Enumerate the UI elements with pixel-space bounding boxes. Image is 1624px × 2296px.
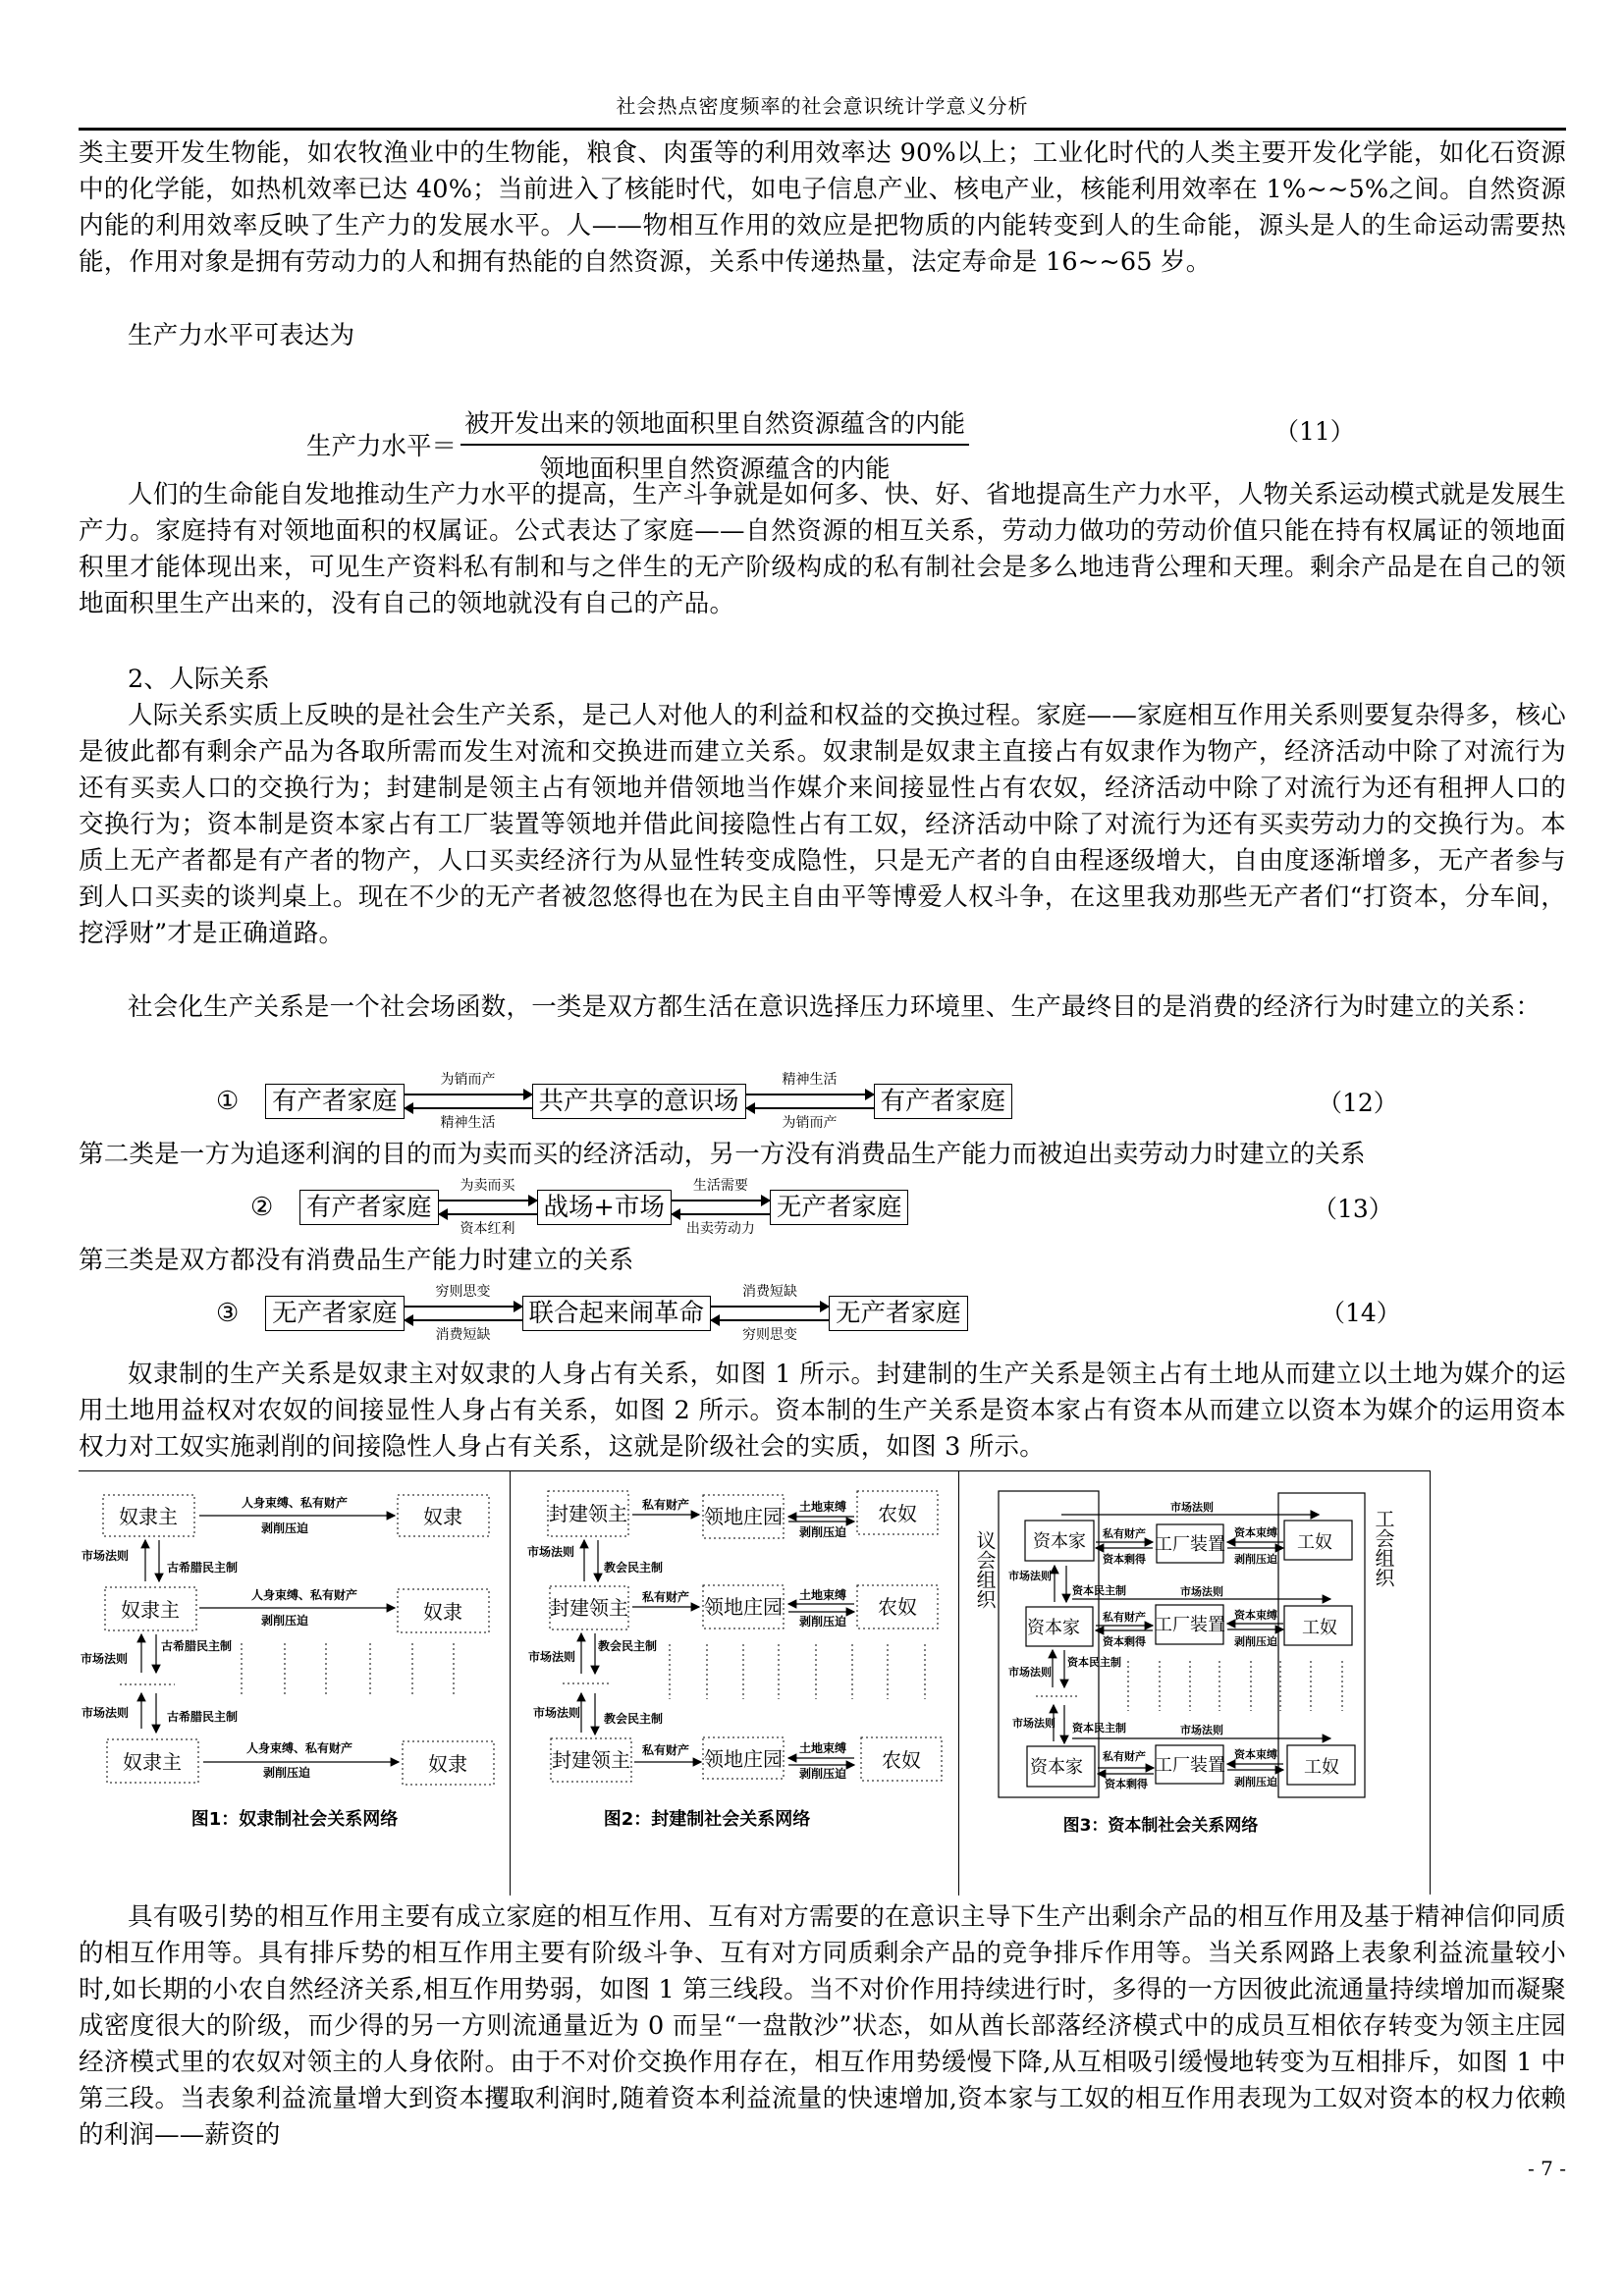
flow-node-left: 无产者家庭 [265, 1296, 405, 1331]
svg-text:工奴: 工奴 [1297, 1532, 1332, 1553]
right-arrow-icon [405, 1088, 532, 1101]
svg-text:古希腊民主制: 古希腊民主制 [167, 1709, 238, 1724]
figure-3-capitalism: 资本家工厂装置工奴 资本家工厂装置工奴 资本家工厂装置工奴 市场法则 市场法则 … [959, 1471, 1431, 1896]
relation-flow-13: ② 有产者家庭 为卖而买 资本红利 战场+市场 生活需要 出卖劳动力 无产者家庭 [250, 1178, 908, 1237]
arrow-label-bottom: 精神生活 [441, 1115, 496, 1131]
svg-text:土地束缚: 土地束缚 [799, 1499, 846, 1514]
flow-arrows-1: 为卖而买 资本红利 [439, 1178, 537, 1237]
svg-text:奴隶: 奴隶 [423, 1600, 462, 1624]
left-arrow-icon [746, 1101, 874, 1115]
svg-text:市场法则: 市场法则 [1180, 1584, 1223, 1598]
svg-text:市场法则: 市场法则 [81, 1548, 129, 1563]
svg-text:奴隶主: 奴隶主 [123, 1750, 182, 1774]
svg-text:古希腊民主制: 古希腊民主制 [161, 1638, 232, 1653]
formula-numerator: 被开发出来的领地面积里自然资源蕴含的内能 [460, 404, 969, 446]
flow-node-middle: 共产共享的意识场 [532, 1084, 746, 1119]
arrow-label-top: 为卖而买 [460, 1178, 515, 1194]
svg-text:古希腊民主制: 古希腊民主制 [167, 1560, 238, 1575]
svg-text:资本家: 资本家 [1030, 1757, 1083, 1778]
svg-text:市场法则: 市场法则 [527, 1544, 574, 1559]
svg-text:奴隶主: 奴隶主 [119, 1505, 178, 1528]
figure-2-feudalism: 封建领主领地庄园农奴 封建领主领地庄园农奴 封建领主领地庄园农奴 私有财产土地束… [511, 1471, 959, 1896]
arrow-label-bottom: 消费短缺 [436, 1327, 491, 1343]
equation-number-11: （11） [1274, 412, 1355, 448]
left-arrow-icon [405, 1313, 522, 1327]
svg-text:私有财产: 私有财产 [1103, 1610, 1146, 1624]
right-arrow-icon [711, 1300, 829, 1313]
paragraph-social-field: 社会化生产关系是一个社会场函数，一类是双方都生活在意识选择压力环境里、生产最终目… [79, 989, 1566, 1026]
equation-number-12: （12） [1318, 1084, 1398, 1119]
equation-number-14: （14） [1321, 1294, 1401, 1329]
paragraph-attraction-repulsion: 具有吸引势的相互作用主要有成立家庭的相互作用、互有对方需要的在意识主导下生产出剩… [79, 1899, 1566, 2154]
svg-text:人身束缚、私有财产: 人身束缚、私有财产 [251, 1587, 357, 1602]
svg-text:市场法则: 市场法则 [81, 1705, 129, 1720]
svg-text:资本民主制: 资本民主制 [1072, 1583, 1126, 1597]
flow-arrows-1: 为销而产 精神生活 [405, 1072, 532, 1131]
svg-text:资本民主制: 资本民主制 [1072, 1721, 1126, 1735]
svg-text:资本家: 资本家 [1033, 1531, 1086, 1552]
paragraph-energy: 类主要开发生物能，如农牧渔业中的生物能，粮食、肉蛋等的利用效率达 90%以上；工… [79, 135, 1566, 281]
svg-text:剥削压迫: 剥削压迫 [261, 1613, 308, 1628]
header-rule [79, 128, 1566, 131]
svg-text:剥削压迫: 剥削压迫 [799, 1766, 846, 1781]
flow-arrows-2: 精神生活 为销而产 [746, 1072, 874, 1131]
svg-text:私有财产: 私有财产 [642, 1589, 689, 1604]
section-heading-relations: 2、人际关系 [128, 662, 270, 698]
flow-marker: ③ [216, 1299, 265, 1328]
page-number: - 7 - [1528, 2157, 1566, 2180]
arrow-label-bottom: 为销而产 [783, 1115, 838, 1131]
arrow-label-bottom: 出卖劳动力 [686, 1221, 755, 1237]
svg-text:剥削压迫: 剥削压迫 [799, 1524, 846, 1539]
flow-node-left: 有产者家庭 [265, 1084, 405, 1119]
figure-3-caption: 图3：资本制社会关系网络 [1063, 1815, 1259, 1836]
svg-text:剥削压迫: 剥削压迫 [799, 1614, 846, 1629]
svg-text:市场法则: 市场法则 [1180, 1723, 1223, 1736]
running-title: 社会热点密度频率的社会意识统计学意义分析 [79, 94, 1566, 118]
flow-arrows-2: 消费短缺 穷则思变 [711, 1284, 829, 1343]
right-arrow-icon [439, 1194, 537, 1207]
svg-text:领地庄园: 领地庄园 [704, 1505, 783, 1528]
flow-node-right: 无产者家庭 [829, 1296, 968, 1331]
arrow-label-bottom: 资本红利 [460, 1221, 515, 1237]
svg-text:私有财产: 私有财产 [642, 1497, 689, 1512]
flow-node-right: 有产者家庭 [874, 1084, 1013, 1119]
arrow-label-top: 穷则思变 [436, 1284, 491, 1300]
arrow-label-top: 为销而产 [441, 1072, 496, 1088]
paragraph-formula-intro: 生产力水平可表达为 [128, 318, 354, 354]
svg-text:农奴: 农奴 [878, 1595, 917, 1619]
svg-text:农奴: 农奴 [882, 1748, 921, 1772]
flow-marker: ① [216, 1087, 265, 1116]
svg-text:私有财产: 私有财产 [1103, 1749, 1146, 1763]
svg-text:资本剩得: 资本剩得 [1103, 1634, 1146, 1648]
svg-text:私有财产: 私有财产 [642, 1742, 689, 1757]
svg-text:教会民主制: 教会民主制 [603, 1560, 663, 1575]
svg-text:市场法则: 市场法则 [533, 1705, 580, 1720]
flow-marker: ② [250, 1193, 299, 1222]
figure-1-caption: 图1：奴隶制社会关系网络 [191, 1808, 399, 1830]
relation-flow-12: ① 有产者家庭 为销而产 精神生活 共产共享的意识场 精神生活 为销而产 有产者… [216, 1072, 1012, 1131]
svg-text:土地束缚: 土地束缚 [799, 1740, 846, 1755]
svg-text:市场法则: 市场法则 [1012, 1716, 1056, 1730]
svg-text:人身束缚、私有财产: 人身束缚、私有财产 [246, 1740, 352, 1755]
svg-text:资本束缚: 资本束缚 [1234, 1747, 1277, 1761]
svg-text:工厂装置: 工厂装置 [1155, 1534, 1225, 1555]
svg-text:资本束缚: 资本束缚 [1234, 1525, 1277, 1539]
svg-text:资本剩得: 资本剩得 [1103, 1552, 1146, 1566]
svg-text:资本束缚: 资本束缚 [1234, 1608, 1277, 1622]
relation-flow-14: ③ 无产者家庭 穷则思变 消费短缺 联合起来闹革命 消费短缺 穷则思变 无产者家… [216, 1284, 968, 1343]
equation-number-13: （13） [1313, 1190, 1393, 1225]
svg-text:人身束缚、私有财产: 人身束缚、私有财产 [242, 1495, 348, 1510]
figure-1-slavery: 奴隶主奴隶 奴隶主奴隶 奴隶主奴隶 人身束缚、私有财产剥削压迫 人身束缚、私有财… [79, 1471, 511, 1896]
left-arrow-icon [672, 1207, 770, 1221]
svg-text:市场法则: 市场法则 [1170, 1500, 1214, 1514]
svg-text:工厂装置: 工厂装置 [1155, 1755, 1225, 1776]
flow-node-middle: 战场+市场 [537, 1190, 672, 1225]
arrow-label-top: 消费短缺 [742, 1284, 797, 1300]
svg-text:农奴: 农奴 [878, 1502, 917, 1525]
svg-text:领地庄园: 领地庄园 [704, 1747, 783, 1771]
svg-text:剥削压迫: 剥削压迫 [1234, 1775, 1277, 1789]
formula-productivity: 生产力水平＝ 被开发出来的领地面积里自然资源蕴含的内能 领地面积里自然资源蕴含的… [306, 404, 969, 485]
svg-text:资本剩得: 资本剩得 [1105, 1777, 1148, 1790]
formula-fraction: 被开发出来的领地面积里自然资源蕴含的内能 领地面积里自然资源蕴含的内能 [460, 404, 969, 485]
paragraph-interpersonal: 人际关系实质上反映的是社会生产关系，是己人对他人的利益和权益的交换过程。家庭——… [79, 698, 1566, 952]
svg-text:工厂装置: 工厂装置 [1155, 1615, 1225, 1635]
arrow-label-top: 生活需要 [693, 1178, 748, 1194]
svg-text:剥削压迫: 剥削压迫 [263, 1765, 310, 1780]
flow-node-middle: 联合起来闹革命 [522, 1296, 712, 1331]
figure-panel: 奴隶主奴隶 奴隶主奴隶 奴隶主奴隶 人身束缚、私有财产剥削压迫 人身束缚、私有财… [79, 1470, 1431, 1895]
left-arrow-icon [439, 1207, 537, 1221]
paragraph-type-three: 第三类是双方都没有消费品生产能力时建立的关系 [79, 1243, 1566, 1279]
right-arrow-icon [746, 1088, 874, 1101]
svg-text:奴隶主: 奴隶主 [121, 1598, 180, 1622]
svg-text:市场法则: 市场法则 [81, 1651, 128, 1666]
right-arrow-icon [672, 1194, 770, 1207]
flow-node-left: 有产者家庭 [299, 1190, 439, 1225]
svg-text:工奴: 工奴 [1304, 1757, 1339, 1778]
parliament-group-label: 议会组织 [973, 1530, 997, 1610]
svg-text:剥削压迫: 剥削压迫 [1234, 1552, 1277, 1566]
right-arrow-icon [405, 1300, 522, 1313]
arrow-label-bottom: 穷则思变 [742, 1327, 797, 1343]
svg-text:剥削压迫: 剥削压迫 [1234, 1634, 1277, 1648]
svg-text:教会民主制: 教会民主制 [603, 1711, 663, 1726]
paragraph-productivity: 人们的生命能自发地推动生产力水平的提高，生产斗争就是如何多、快、好、省地提高生产… [79, 477, 1566, 622]
union-group-label: 工会组织 [1372, 1509, 1395, 1588]
paragraph-type-two: 第二类是一方为追逐利润的目的而为卖而买的经济活动，另一方没有消费品生产能力而被迫… [79, 1137, 1566, 1173]
svg-text:封建领主: 封建领主 [549, 1502, 627, 1525]
svg-text:剥削压迫: 剥削压迫 [261, 1521, 308, 1535]
svg-text:市场法则: 市场法则 [528, 1649, 575, 1664]
svg-text:私有财产: 私有财产 [1103, 1526, 1146, 1540]
svg-text:领地庄园: 领地庄园 [704, 1595, 783, 1619]
left-arrow-icon [405, 1101, 532, 1115]
svg-text:土地束缚: 土地束缚 [799, 1587, 846, 1602]
formula-lhs: 生产力水平＝ [306, 427, 457, 462]
svg-text:奴隶: 奴隶 [423, 1505, 462, 1528]
svg-text:市场法则: 市场法则 [1008, 1569, 1052, 1582]
paragraph-production-relations: 奴隶制的生产关系是奴隶主对奴隶的人身占有关系，如图 1 所示。封建制的生产关系是… [79, 1357, 1566, 1466]
figure-2-caption: 图2：封建制社会关系网络 [604, 1808, 811, 1830]
flow-node-right: 无产者家庭 [770, 1190, 909, 1225]
svg-text:资本民主制: 资本民主制 [1067, 1655, 1121, 1669]
flow-arrows-1: 穷则思变 消费短缺 [405, 1284, 522, 1343]
svg-text:奴隶: 奴隶 [428, 1752, 467, 1776]
svg-text:市场法则: 市场法则 [1008, 1665, 1052, 1679]
svg-text:工奴: 工奴 [1302, 1618, 1337, 1638]
svg-text:教会民主制: 教会民主制 [597, 1638, 657, 1653]
left-arrow-icon [711, 1313, 829, 1327]
svg-text:资本家: 资本家 [1027, 1618, 1080, 1638]
svg-text:封建领主: 封建领主 [550, 1596, 628, 1620]
flow-arrows-2: 生活需要 出卖劳动力 [672, 1178, 770, 1237]
svg-text:封建领主: 封建领主 [552, 1748, 630, 1772]
arrow-label-top: 精神生活 [783, 1072, 838, 1088]
